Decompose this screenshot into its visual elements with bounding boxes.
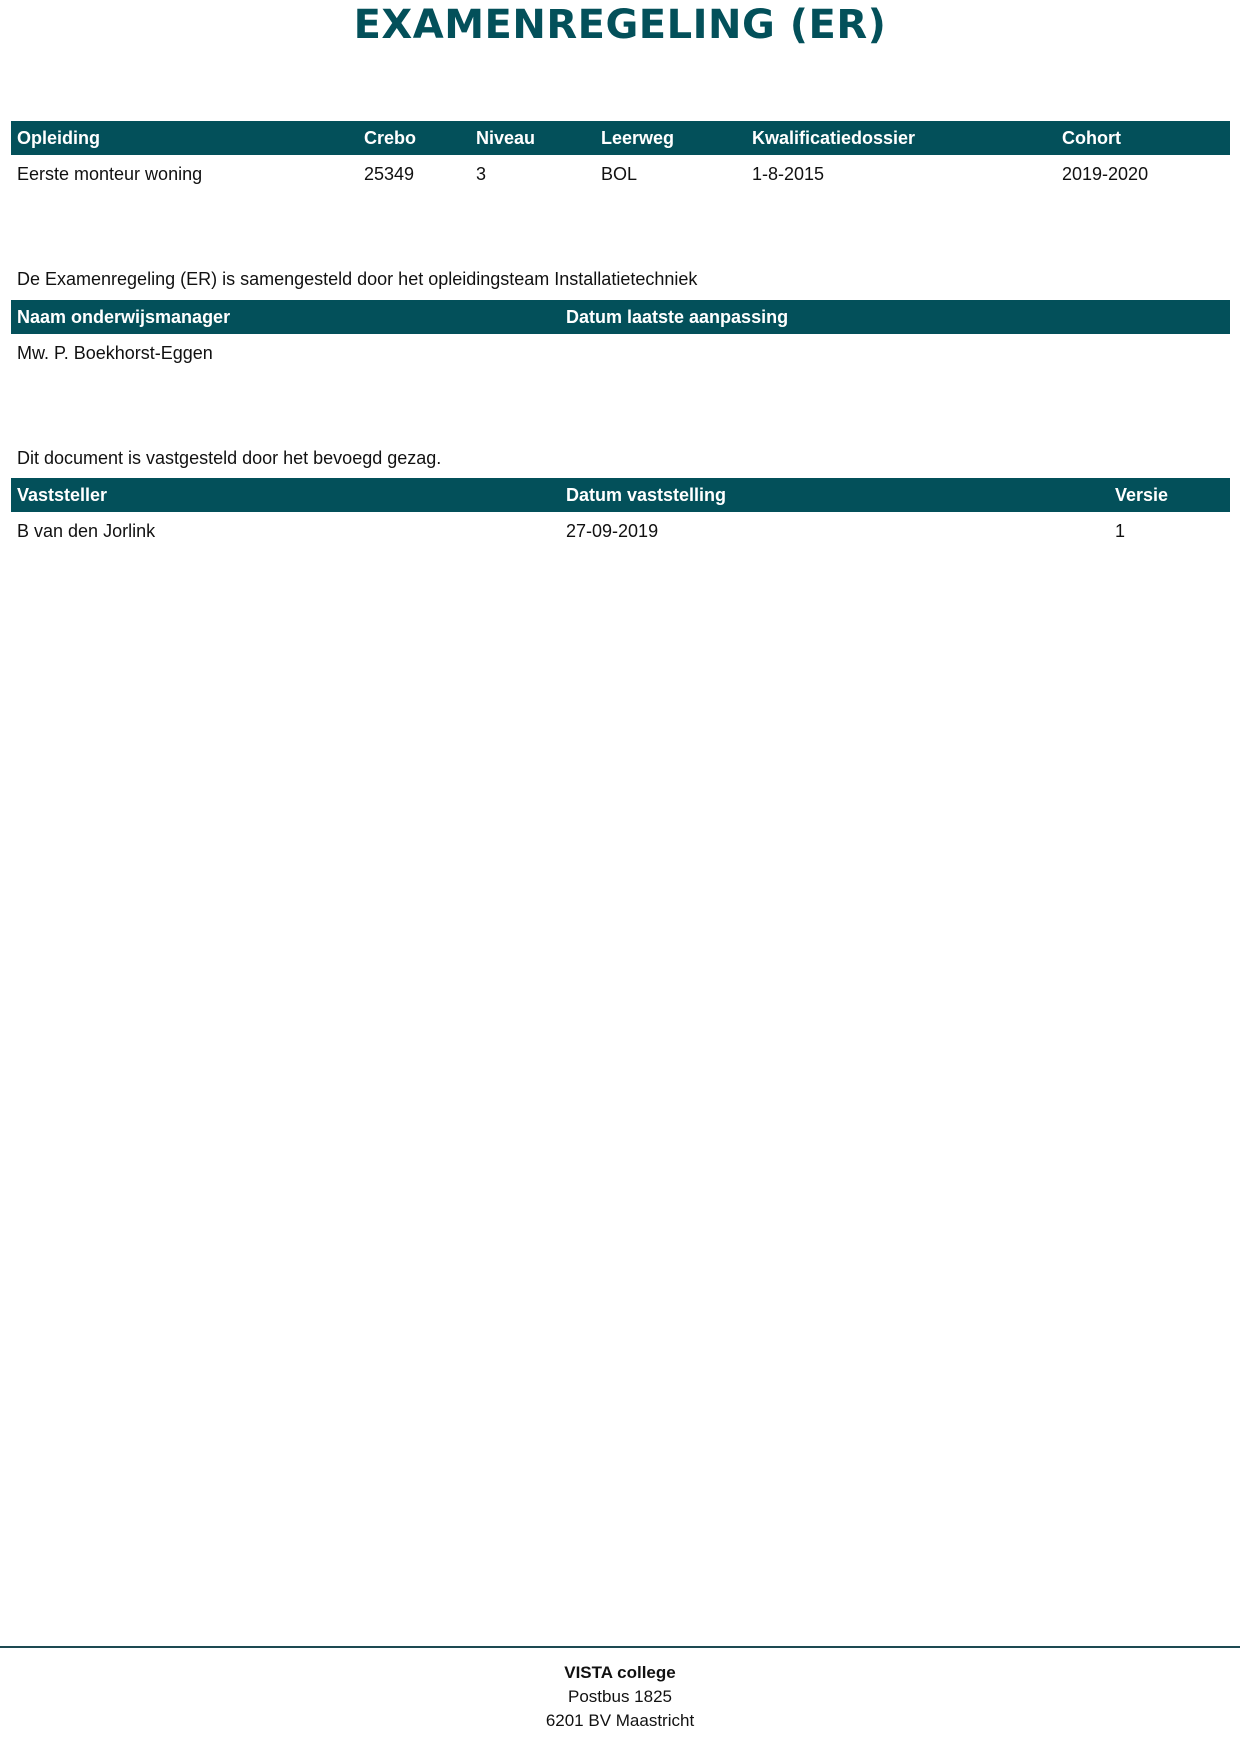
composition-table: Naam onderwijsmanager Datum laatste aanp… — [11, 300, 1230, 372]
header-leerweg: Leerweg — [595, 121, 746, 155]
cell-vaststeller: B van den Jorlink — [11, 512, 560, 550]
header-cohort: Cohort — [1056, 121, 1230, 155]
cell-leerweg: BOL — [595, 155, 746, 193]
header-crebo: Crebo — [358, 121, 470, 155]
header-versie: Versie — [1109, 478, 1230, 512]
cell-datum-laatste-aanpassing — [560, 334, 1230, 372]
table-row: Eerste monteur woning 25349 3 BOL 1-8-20… — [11, 155, 1230, 193]
cell-naam-onderwijsmanager: Mw. P. Boekhorst-Eggen — [11, 334, 560, 372]
cell-crebo: 25349 — [358, 155, 470, 193]
header-opleiding: Opleiding — [11, 121, 358, 155]
document-title: EXAMENREGELING (ER) — [0, 0, 1240, 50]
approval-statement: Dit document is vastgesteld door het bev… — [17, 447, 441, 469]
cell-versie: 1 — [1109, 512, 1230, 550]
table-header-row: Opleiding Crebo Niveau Leerweg Kwalifica… — [11, 121, 1230, 155]
footer-address-line2: 6201 BV Maastricht — [0, 1709, 1240, 1733]
table-row: Mw. P. Boekhorst-Eggen — [11, 334, 1230, 372]
header-vaststeller: Vaststeller — [11, 478, 560, 512]
cell-opleiding: Eerste monteur woning — [11, 155, 358, 193]
header-naam-onderwijsmanager: Naam onderwijsmanager — [11, 300, 560, 334]
program-table: Opleiding Crebo Niveau Leerweg Kwalifica… — [11, 121, 1230, 193]
header-datum-laatste-aanpassing: Datum laatste aanpassing — [560, 300, 1230, 334]
footer: VISTA college Postbus 1825 6201 BV Maast… — [0, 1661, 1240, 1733]
cell-datum-vaststelling: 27-09-2019 — [560, 512, 1109, 550]
table-row: B van den Jorlink 27-09-2019 1 — [11, 512, 1230, 550]
footer-divider — [0, 1646, 1240, 1648]
table-header-row: Vaststeller Datum vaststelling Versie — [11, 478, 1230, 512]
footer-address-line1: Postbus 1825 — [0, 1685, 1240, 1709]
approval-table: Vaststeller Datum vaststelling Versie B … — [11, 478, 1230, 550]
header-niveau: Niveau — [470, 121, 595, 155]
header-kwalificatiedossier: Kwalificatiedossier — [746, 121, 1056, 155]
composition-statement: De Examenregeling (ER) is samengesteld d… — [17, 268, 697, 290]
cell-kwalificatiedossier: 1-8-2015 — [746, 155, 1056, 193]
footer-organization: VISTA college — [0, 1661, 1240, 1685]
table-header-row: Naam onderwijsmanager Datum laatste aanp… — [11, 300, 1230, 334]
header-datum-vaststelling: Datum vaststelling — [560, 478, 1109, 512]
cell-niveau: 3 — [470, 155, 595, 193]
cell-cohort: 2019-2020 — [1056, 155, 1230, 193]
